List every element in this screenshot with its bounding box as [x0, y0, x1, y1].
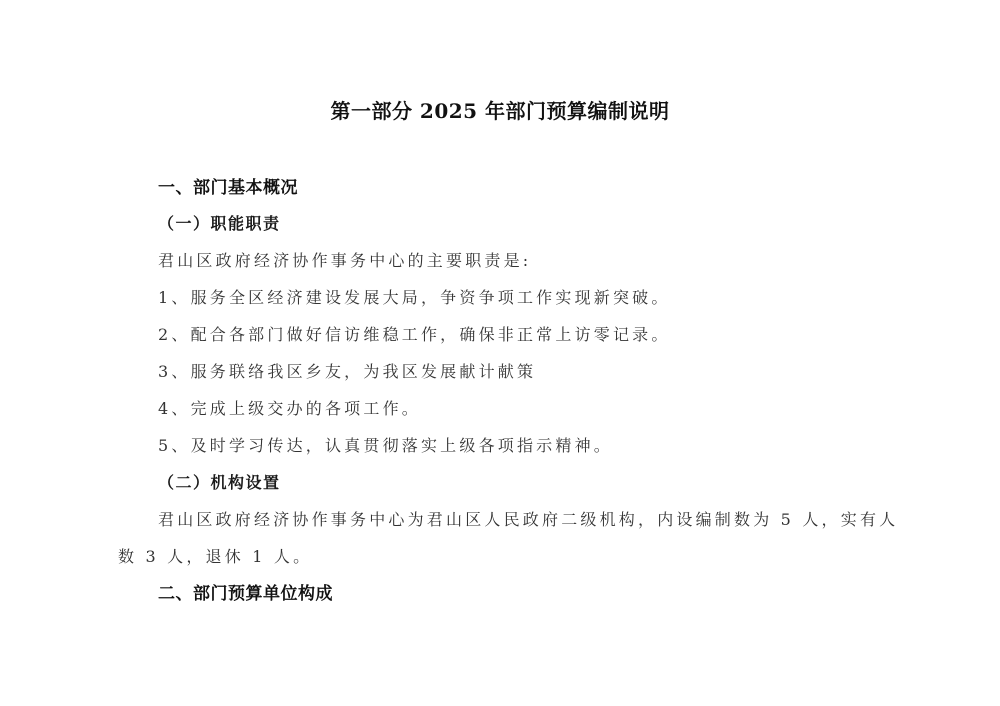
duty-item-2: 2、配合各部门做好信访维稳工作，确保非正常上访零记录。 [158, 327, 671, 343]
duties-intro: 君山区政府经济协作事务中心的主要职责是: [158, 253, 531, 269]
duty-item-3: 3、服务联络我区乡友，为我区发展献计献策 [158, 364, 536, 380]
organization-paragraph-line-1: 君山区政府经济协作事务中心为君山区人民政府二级机构，内设编制数为 5 人，实有人 [158, 512, 898, 528]
page-title: 第一部分 2025 年部门预算编制说明 [0, 101, 1000, 121]
section-heading-basic-overview: 一、部门基本概况 [158, 180, 298, 197]
document-page: 第一部分 2025 年部门预算编制说明 一、部门基本概况 （一）职能职责 君山区… [0, 0, 1000, 706]
organization-paragraph-line-2: 数 3 人，退休 1 人。 [118, 549, 312, 565]
duty-item-4: 4、完成上级交办的各项工作。 [158, 401, 421, 417]
duty-item-1: 1、服务全区经济建设发展大局，争资争项工作实现新突破。 [158, 290, 671, 306]
subsection-heading-duties: （一）职能职责 [158, 216, 281, 232]
subsection-heading-organization: （二）机构设置 [158, 475, 281, 491]
section-heading-budget-units: 二、部门预算单位构成 [158, 586, 333, 603]
duty-item-5: 5、及时学习传达，认真贯彻落实上级各项指示精神。 [158, 438, 613, 454]
